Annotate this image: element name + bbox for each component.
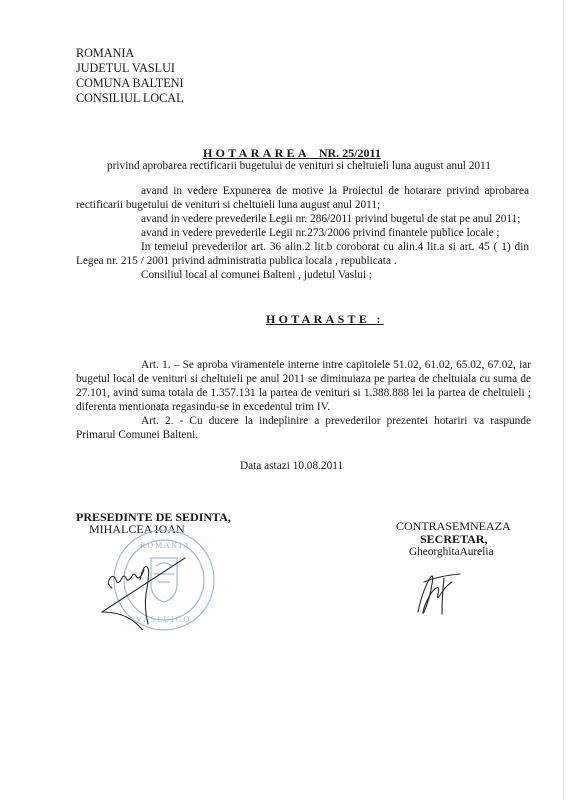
- article-2-line2: Primarul Comunei Balteni.: [76, 428, 198, 443]
- article-1-line2: bugetul local de venituri si cheltuieli …: [76, 372, 531, 387]
- article-1-line3: 27.101, avind suma totala de 1.357.131 l…: [76, 386, 531, 401]
- preamble-1-line2: rectificarii bugetului de venituri si ch…: [76, 198, 380, 213]
- decision-heading-text: HOTARASTE :: [266, 312, 384, 326]
- date-line: Data astazi 10.08.2011: [240, 459, 343, 474]
- header-commune: COMUNA BALTENI: [76, 76, 184, 91]
- preamble-4-line2: Legea nr. 215 / 2001 privind administrat…: [76, 254, 397, 269]
- article-2-line1: Art. 2. - Cu ducere la indeplinire a pre…: [141, 414, 531, 429]
- scan-edge-line: [563, 0, 564, 800]
- secretary-name: GheorghitaAurelia: [409, 546, 494, 558]
- issuer-header: ROMANIA JUDETUL VASLUI COMUNA BALTENI CO…: [76, 46, 184, 106]
- preamble-4-line1: In temeiul prevederilor art. 36 alin.2 l…: [141, 240, 529, 255]
- preamble-5: Consiliul local al comunei Balteni , jud…: [141, 268, 372, 283]
- president-signature-icon: [90, 540, 210, 630]
- article-1-line4: diferenta mentionata regasindu-se in exc…: [76, 400, 330, 415]
- header-country: ROMANIA: [76, 46, 184, 61]
- preamble-3: avand in vedere prevederile Legii nr.273…: [141, 226, 500, 241]
- secretary-signature-icon: [410, 560, 470, 620]
- title-number: NR. 25/2011: [319, 146, 381, 160]
- title-word: HOTARAREA: [203, 146, 310, 160]
- header-county: JUDETUL VASLUI: [76, 61, 184, 76]
- article-1-line1: Art. 1. – Se aproba viramentele interne …: [141, 358, 531, 373]
- preamble-2: avand in vedere prevederile Legii nr. 28…: [141, 212, 520, 227]
- header-council: CONSILIUL LOCAL: [76, 91, 184, 106]
- preamble-1-line1: avand in vedere Expunerea de motive la P…: [141, 184, 529, 199]
- secretary-title: SECRETAR,: [420, 532, 487, 547]
- document-page: ROMANIA JUDETUL VASLUI COMUNA BALTENI CO…: [0, 0, 582, 800]
- document-subtitle: privind aprobarea rectificarii bugetului…: [107, 159, 491, 174]
- decision-heading: HOTARASTE :: [266, 312, 384, 327]
